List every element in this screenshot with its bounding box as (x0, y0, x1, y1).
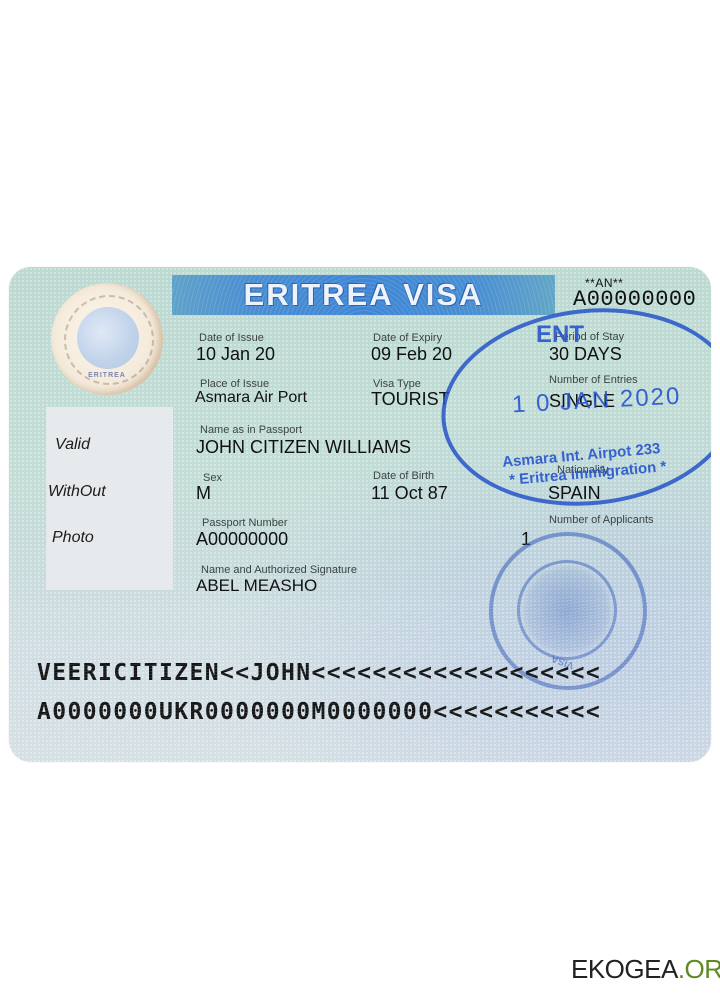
place-of-issue-value: Asmara Air Port (195, 389, 307, 407)
watermark-tld: .ORG (678, 954, 720, 984)
mrz-line-1: VEERICITIZEN<<JOHN<<<<<<<<<<<<<<<<<<< (37, 660, 601, 686)
signature-label: Name and Authorized Signature (201, 564, 357, 576)
date-of-expiry-label: Date of Expiry (373, 332, 442, 344)
visa-type-value: TOURIST (371, 389, 450, 410)
entry-stamp-header: ENT (536, 321, 584, 349)
mrz-line-2: A0000000UKR0000000M0000000<<<<<<<<<<< (37, 699, 601, 725)
watermark: EKOGEA.ORG (571, 954, 720, 985)
photo-text-valid: Valid (55, 436, 90, 454)
date-of-birth-value: 11 Oct 87 (371, 483, 448, 504)
signature-value: ABEL MEASHO (196, 576, 317, 596)
date-of-birth-label: Date of Birth (373, 470, 434, 482)
name-label: Name as in Passport (200, 424, 302, 436)
photo-text-photo: Photo (52, 529, 94, 547)
hologram-center (77, 307, 139, 369)
watermark-name: EKOGEA (571, 954, 678, 984)
sex-value: M (196, 483, 211, 504)
photo-text-without: WithOut (48, 483, 106, 501)
date-of-expiry-value: 09 Feb 20 (371, 344, 452, 365)
hologram-text: ERITREA (51, 372, 163, 379)
date-of-issue-value: 10 Jan 20 (196, 344, 275, 365)
name-value: JOHN CITIZEN WILLIAMS (196, 437, 411, 458)
hologram-seal-icon: ERITREA (51, 283, 163, 395)
photo-placeholder: Valid WithOut Photo (46, 407, 173, 590)
visa-title-banner: ERITREA VISA (172, 275, 555, 315)
visa-card: ERITREA VISA **AN** A00000000 ERITREA Va… (9, 267, 711, 762)
passport-number-label: Passport Number (202, 517, 288, 529)
date-of-issue-label: Date of Issue (199, 332, 264, 344)
passport-number-value: A00000000 (196, 529, 288, 550)
number-of-applicants-label: Number of Applicants (549, 514, 654, 526)
seal-emblem-icon (517, 560, 617, 660)
visa-title: ERITREA VISA (244, 277, 484, 313)
